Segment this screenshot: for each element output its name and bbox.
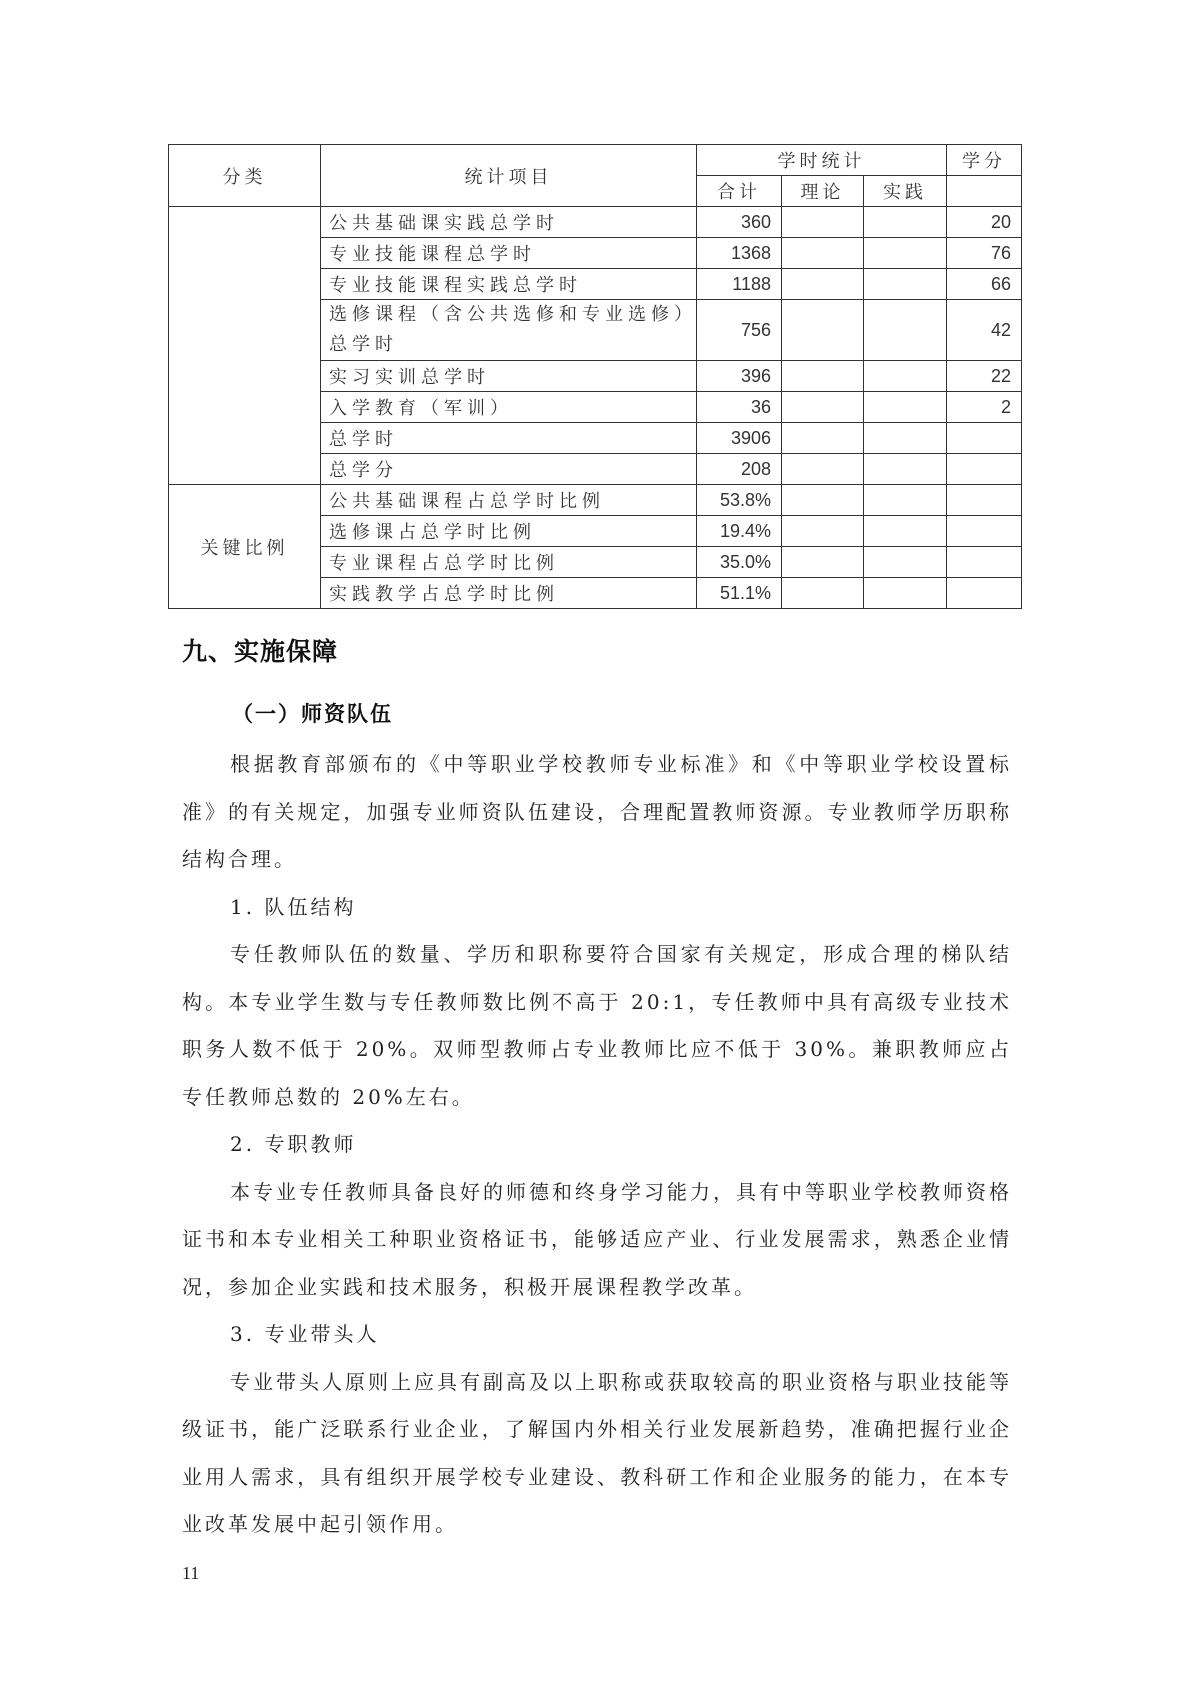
intro-paragraph: 根据教育部颁布的《中等职业学校教师专业标准》和《中等职业学校设置标准》的有关规定… [182, 741, 1012, 884]
item-cell: 专业技能课程实践总学时 [321, 269, 697, 300]
total-cell: 360 [697, 207, 782, 238]
header-hours-group: 学时统计 [697, 145, 947, 176]
total-cell: 35.0% [697, 547, 782, 578]
practice-cell [864, 392, 947, 423]
credit-cell: 42 [947, 300, 1022, 361]
section-heading: 九、实施保障 [182, 632, 338, 668]
header-total: 合计 [697, 176, 782, 207]
theory-cell [782, 423, 864, 454]
credit-cell: 22 [947, 361, 1022, 392]
theory-cell [782, 547, 864, 578]
practice-cell [864, 300, 947, 361]
item-cell: 专业课程占总学时比例 [321, 547, 697, 578]
item-paragraph: 本专业专任教师具备良好的师德和终身学习能力，具有中等职业学校教师资格证书和本专业… [182, 1169, 1012, 1312]
theory-cell [782, 485, 864, 516]
theory-cell [782, 392, 864, 423]
header-theory: 理论 [782, 176, 864, 207]
item-cell: 专业技能课程总学时 [321, 238, 697, 269]
credit-cell [947, 578, 1022, 609]
header-credit-blank [947, 176, 1022, 207]
item-title: 3. 专业带头人 [182, 1311, 1012, 1359]
item-cell: 总学分 [321, 454, 697, 485]
theory-cell [782, 238, 864, 269]
item-cell: 公共基础课程占总学时比例 [321, 485, 697, 516]
credit-cell: 2 [947, 392, 1022, 423]
credit-cell: 76 [947, 238, 1022, 269]
total-cell: 1368 [697, 238, 782, 269]
theory-cell [782, 300, 864, 361]
practice-cell [864, 361, 947, 392]
table-header-row: 分类 统计项目 学时统计 学分 [169, 145, 1022, 176]
item-title: 1. 队伍结构 [182, 884, 1012, 932]
header-credit: 学分 [947, 145, 1022, 176]
total-cell: 53.8% [697, 485, 782, 516]
theory-cell [782, 269, 864, 300]
credit-cell [947, 516, 1022, 547]
header-category: 分类 [169, 145, 321, 207]
item-cell: 公共基础课实践总学时 [321, 207, 697, 238]
credit-cell [947, 547, 1022, 578]
section-body: 根据教育部颁布的《中等职业学校教师专业标准》和《中等职业学校设置标准》的有关规定… [182, 741, 1012, 1549]
total-cell: 51.1% [697, 578, 782, 609]
item-paragraph: 专业带头人原则上应具有副高及以上职称或获取较高的职业资格与职业技能等级证书，能广… [182, 1359, 1012, 1549]
practice-cell [864, 423, 947, 454]
item-cell: 选修课占总学时比例 [321, 516, 697, 547]
header-item: 统计项目 [321, 145, 697, 207]
total-cell: 396 [697, 361, 782, 392]
practice-cell [864, 547, 947, 578]
theory-cell [782, 454, 864, 485]
practice-cell [864, 578, 947, 609]
category-cell-group1 [169, 207, 321, 485]
practice-cell [864, 485, 947, 516]
theory-cell [782, 516, 864, 547]
category-cell-key-ratios: 关键比例 [169, 485, 321, 609]
practice-cell [864, 207, 947, 238]
credit-cell: 20 [947, 207, 1022, 238]
total-cell: 756 [697, 300, 782, 361]
header-practice: 实践 [864, 176, 947, 207]
practice-cell [864, 238, 947, 269]
credit-cell [947, 454, 1022, 485]
subsection-heading: （一）师资队伍 [232, 698, 393, 728]
item-cell: 选修课程（含公共选修和专业选修）总学时 [321, 300, 697, 361]
total-cell: 36 [697, 392, 782, 423]
item-cell: 总学时 [321, 423, 697, 454]
credit-hours-table: 分类 统计项目 学时统计 学分 合计 理论 实践 公共基础课实践总学时 360 … [168, 144, 1022, 609]
item-title: 2. 专职教师 [182, 1121, 1012, 1169]
item-cell: 入学教育（军训） [321, 392, 697, 423]
credit-cell [947, 485, 1022, 516]
item-cell: 实习实训总学时 [321, 361, 697, 392]
total-cell: 1188 [697, 269, 782, 300]
table-row: 公共基础课实践总学时 360 20 [169, 207, 1022, 238]
practice-cell [864, 269, 947, 300]
credit-cell [947, 423, 1022, 454]
total-cell: 3906 [697, 423, 782, 454]
document-page: 分类 统计项目 学时统计 学分 合计 理论 实践 公共基础课实践总学时 360 … [0, 0, 1191, 1684]
practice-cell [864, 454, 947, 485]
practice-cell [864, 516, 947, 547]
theory-cell [782, 578, 864, 609]
credit-cell: 66 [947, 269, 1022, 300]
page-number: 11 [182, 1563, 199, 1584]
item-cell: 实践教学占总学时比例 [321, 578, 697, 609]
theory-cell [782, 207, 864, 238]
total-cell: 208 [697, 454, 782, 485]
table-row: 关键比例 公共基础课程占总学时比例 53.8% [169, 485, 1022, 516]
total-cell: 19.4% [697, 516, 782, 547]
item-paragraph: 专任教师队伍的数量、学历和职称要符合国家有关规定，形成合理的梯队结构。本专业学生… [182, 931, 1012, 1121]
theory-cell [782, 361, 864, 392]
